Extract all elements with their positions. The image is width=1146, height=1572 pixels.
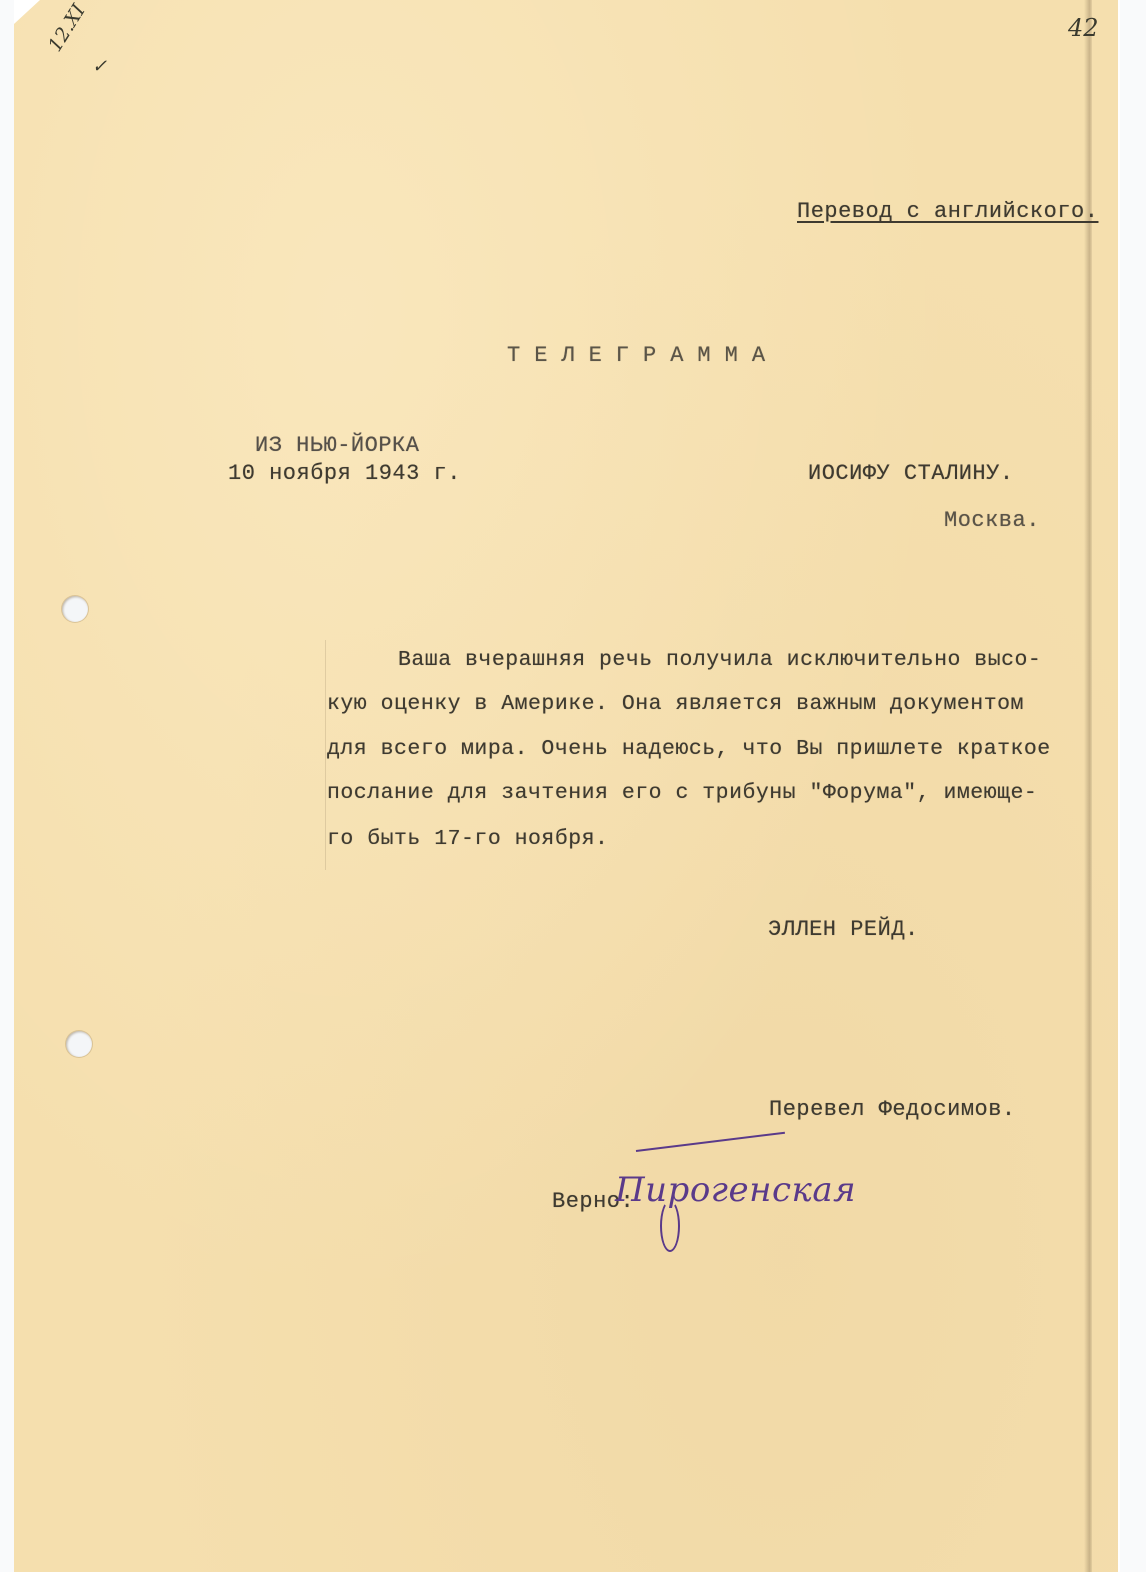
body-line-2: кую оценку в Америке. Она является важны… [327,692,1024,716]
handwritten-signature: Пирогенская [615,1170,856,1210]
recipient-city: Москва. [944,508,1040,533]
sender-origin: ИЗ НЬЮ-ЙОРКА [255,433,419,458]
body-line-4: послание для зачтения его с трибуны "Фор… [327,781,1037,805]
sender-signature: ЭЛЛЕН РЕЙД. [768,917,919,942]
body-line-5: го быть 17-го ноября. [327,827,608,851]
signature-descender [660,1200,680,1252]
page-number: 42 [1068,14,1099,42]
margin-check-mark: ✓ [92,56,107,77]
body-line-1: Ваша вчерашняя речь получила исключитель… [398,648,1041,672]
recipient-name: ИОСИФУ СТАЛИНУ. [808,461,1014,486]
document-title: ТЕЛЕГРАММА [507,343,779,368]
translation-note: Перевод с английского. [797,199,1098,224]
scan-background-left [0,0,14,1572]
punch-hole-icon [66,1031,92,1057]
paper-crease [325,640,326,870]
body-line-3: для всего мира. Очень надеюсь, что Вы пр… [327,737,1051,761]
translator-note: Перевел Федосимов. [769,1097,1016,1122]
paper-edge-shadow [1084,0,1092,1572]
scan-background-right [1120,0,1146,1572]
sender-date: 10 ноября 1943 г. [228,461,461,486]
punch-hole-icon [62,596,88,622]
